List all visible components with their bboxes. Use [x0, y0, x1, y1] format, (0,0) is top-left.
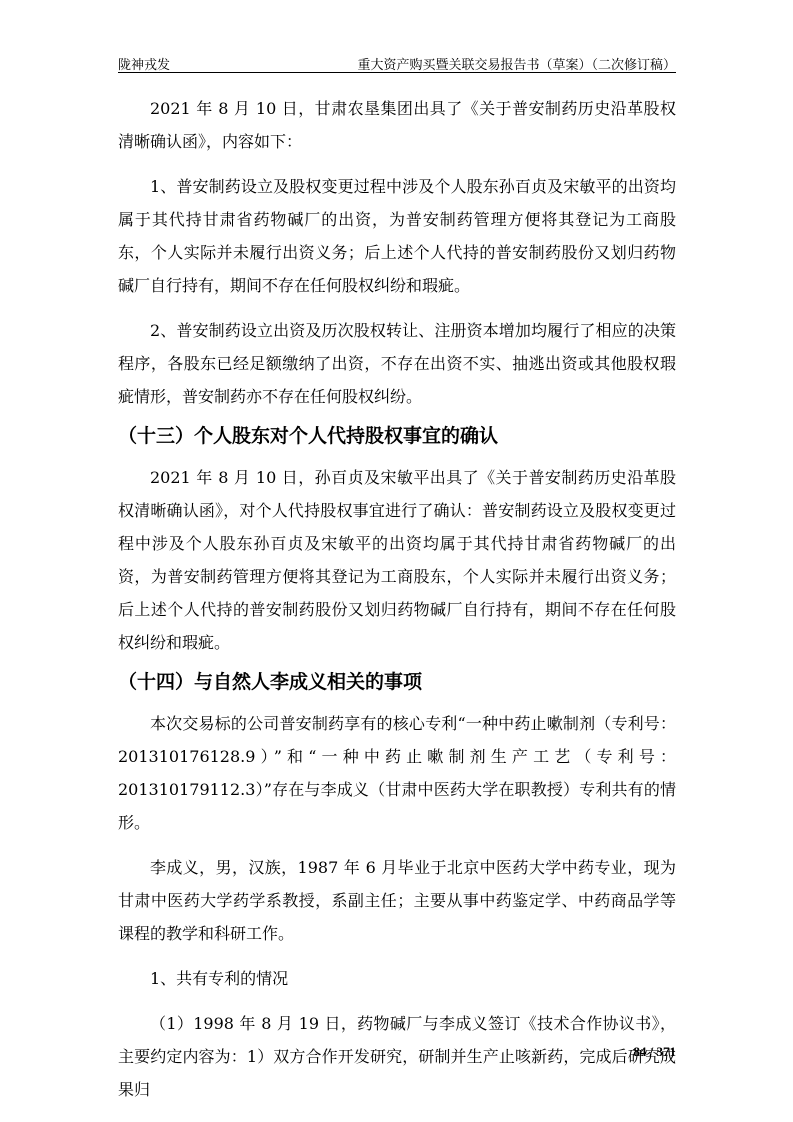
page-header: 陇神戎发 重大资产购买暨关联交易报告书（草案）（二次修订稿） [118, 52, 676, 73]
header-doc-title: 重大资产购买暨关联交易报告书（草案）（二次修订稿） [357, 54, 676, 73]
section-heading-14: （十四）与自然人李成义相关的事项 [118, 659, 676, 707]
paragraph: 2、普安制药设立出资及历次股权转让、注册资本增加均履行了相应的决策程序，各股东已… [118, 314, 676, 413]
paragraph: （1）1998 年 8 月 19 日，药物碱厂与李成义签订《技术合作协议书》，主… [118, 1007, 676, 1106]
paragraph: 李成义，男，汉族，1987 年 6 月毕业于北京中医药大学中药专业，现为甘肃中医… [118, 851, 676, 950]
page-body: 2021 年 8 月 10 日，甘肃农垦集团出具了《关于普安制药历史沿革股权清晰… [118, 92, 676, 1106]
paragraph: 1、普安制药设立及股权变更过程中涉及个人股东孙百贞及宋敏平的出资均属于其代持甘肃… [118, 170, 676, 302]
section-heading-13: （十三）个人股东对个人代持股权事宜的确认 [118, 413, 676, 461]
page-number: 84 / 371 [633, 1044, 676, 1060]
paragraph: 2021 年 8 月 10 日，孙百贞及宋敏平出具了《关于普安制药历史沿革股权清… [118, 461, 676, 659]
paragraph: 2021 年 8 月 10 日，甘肃农垦集团出具了《关于普安制药历史沿革股权清晰… [118, 92, 676, 158]
paragraph: 本次交易标的公司普安制药享有的核心专利“一种中药止嗽制剂（专利号：2013101… [118, 707, 676, 839]
subheading: 1、共有专利的情况 [118, 962, 676, 995]
header-company: 陇神戎发 [118, 54, 170, 73]
